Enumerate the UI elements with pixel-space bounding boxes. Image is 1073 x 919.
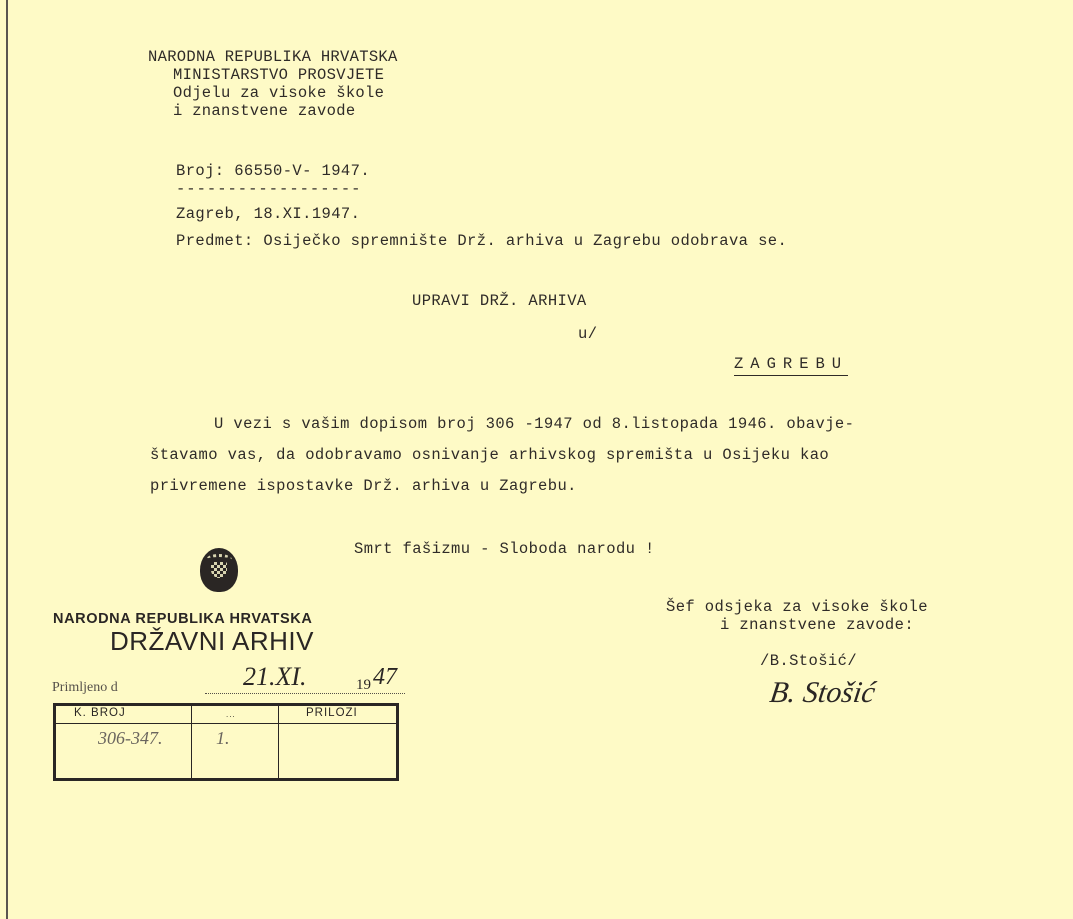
document-page: NARODNA REPUBLIKA HRVATSKA MINISTARSTVO … xyxy=(0,0,1073,919)
subject-line: Predmet: Osiječko spremnište Drž. arhiva… xyxy=(176,232,787,250)
stamp-column-divider xyxy=(278,706,279,778)
stamp-register-table: K. BROJ ... PRILOZI 306-347. 1. xyxy=(53,703,399,781)
stamp-column-divider xyxy=(191,706,192,778)
letterhead-line-3: Odjelu za visoke škole xyxy=(173,84,384,102)
addressee-line-3: ZAGREBU xyxy=(734,355,848,376)
checkerboard-shield-icon xyxy=(211,562,227,578)
letterhead-line-2: MINISTARSTVO PROSVJETE xyxy=(173,66,384,84)
signatory-title-1: Šef odsjeka za visoke škole xyxy=(666,598,928,616)
stamp-year-suffix: 47 xyxy=(373,664,397,691)
stamp-date-line xyxy=(205,693,405,694)
letterhead-line-4: i znanstvene zavode xyxy=(173,102,355,120)
addressee-line-2: u/ xyxy=(578,325,597,343)
stamp-received-date: 21.XI. xyxy=(243,662,307,692)
reference-separator: ------------------ xyxy=(176,180,361,198)
stamp-cell-number: 306-347. xyxy=(98,728,163,749)
coat-of-arms-icon xyxy=(200,548,238,592)
signatory-name: /B.Stošić/ xyxy=(760,652,857,670)
stamp-cell-middle: 1. xyxy=(216,728,230,749)
page-edge xyxy=(6,0,8,919)
letterhead-line-1: NARODNA REPUBLIKA HRVATSKA xyxy=(148,48,398,66)
handwritten-signature: B. Stošić xyxy=(768,676,878,710)
stamp-header-divider xyxy=(56,723,396,724)
body-line-1: U vezi s vašim dopisom broj 306 -1947 od… xyxy=(214,415,854,433)
place-date: Zagreb, 18.XI.1947. xyxy=(176,205,360,223)
closing-salutation: Smrt fašizmu - Sloboda narodu ! xyxy=(354,540,655,558)
stamp-title-1: NARODNA REPUBLIKA HRVATSKA xyxy=(53,611,312,627)
addressee-line-1: UPRAVI DRŽ. ARHIVA xyxy=(412,292,587,310)
signatory-title-2: i znanstvene zavode: xyxy=(720,616,914,634)
stamp-title-2: DRŽAVNI ARHIV xyxy=(110,626,314,657)
reference-number: Broj: 66550-V- 1947. xyxy=(176,162,370,180)
body-line-2: štavamo vas, da odobravamo osnivanje arh… xyxy=(150,446,829,464)
body-line-3: privremene ispostavke Drž. arhiva u Zagr… xyxy=(150,477,577,495)
stamp-year-prefix: 19 xyxy=(356,677,371,694)
stamp-col-header-attachments: PRILOZI xyxy=(306,707,358,719)
stamp-col-header-middle: ... xyxy=(226,710,236,719)
stamp-received-label: Primljeno d xyxy=(52,680,118,696)
stamp-col-header-number: K. BROJ xyxy=(74,707,126,719)
